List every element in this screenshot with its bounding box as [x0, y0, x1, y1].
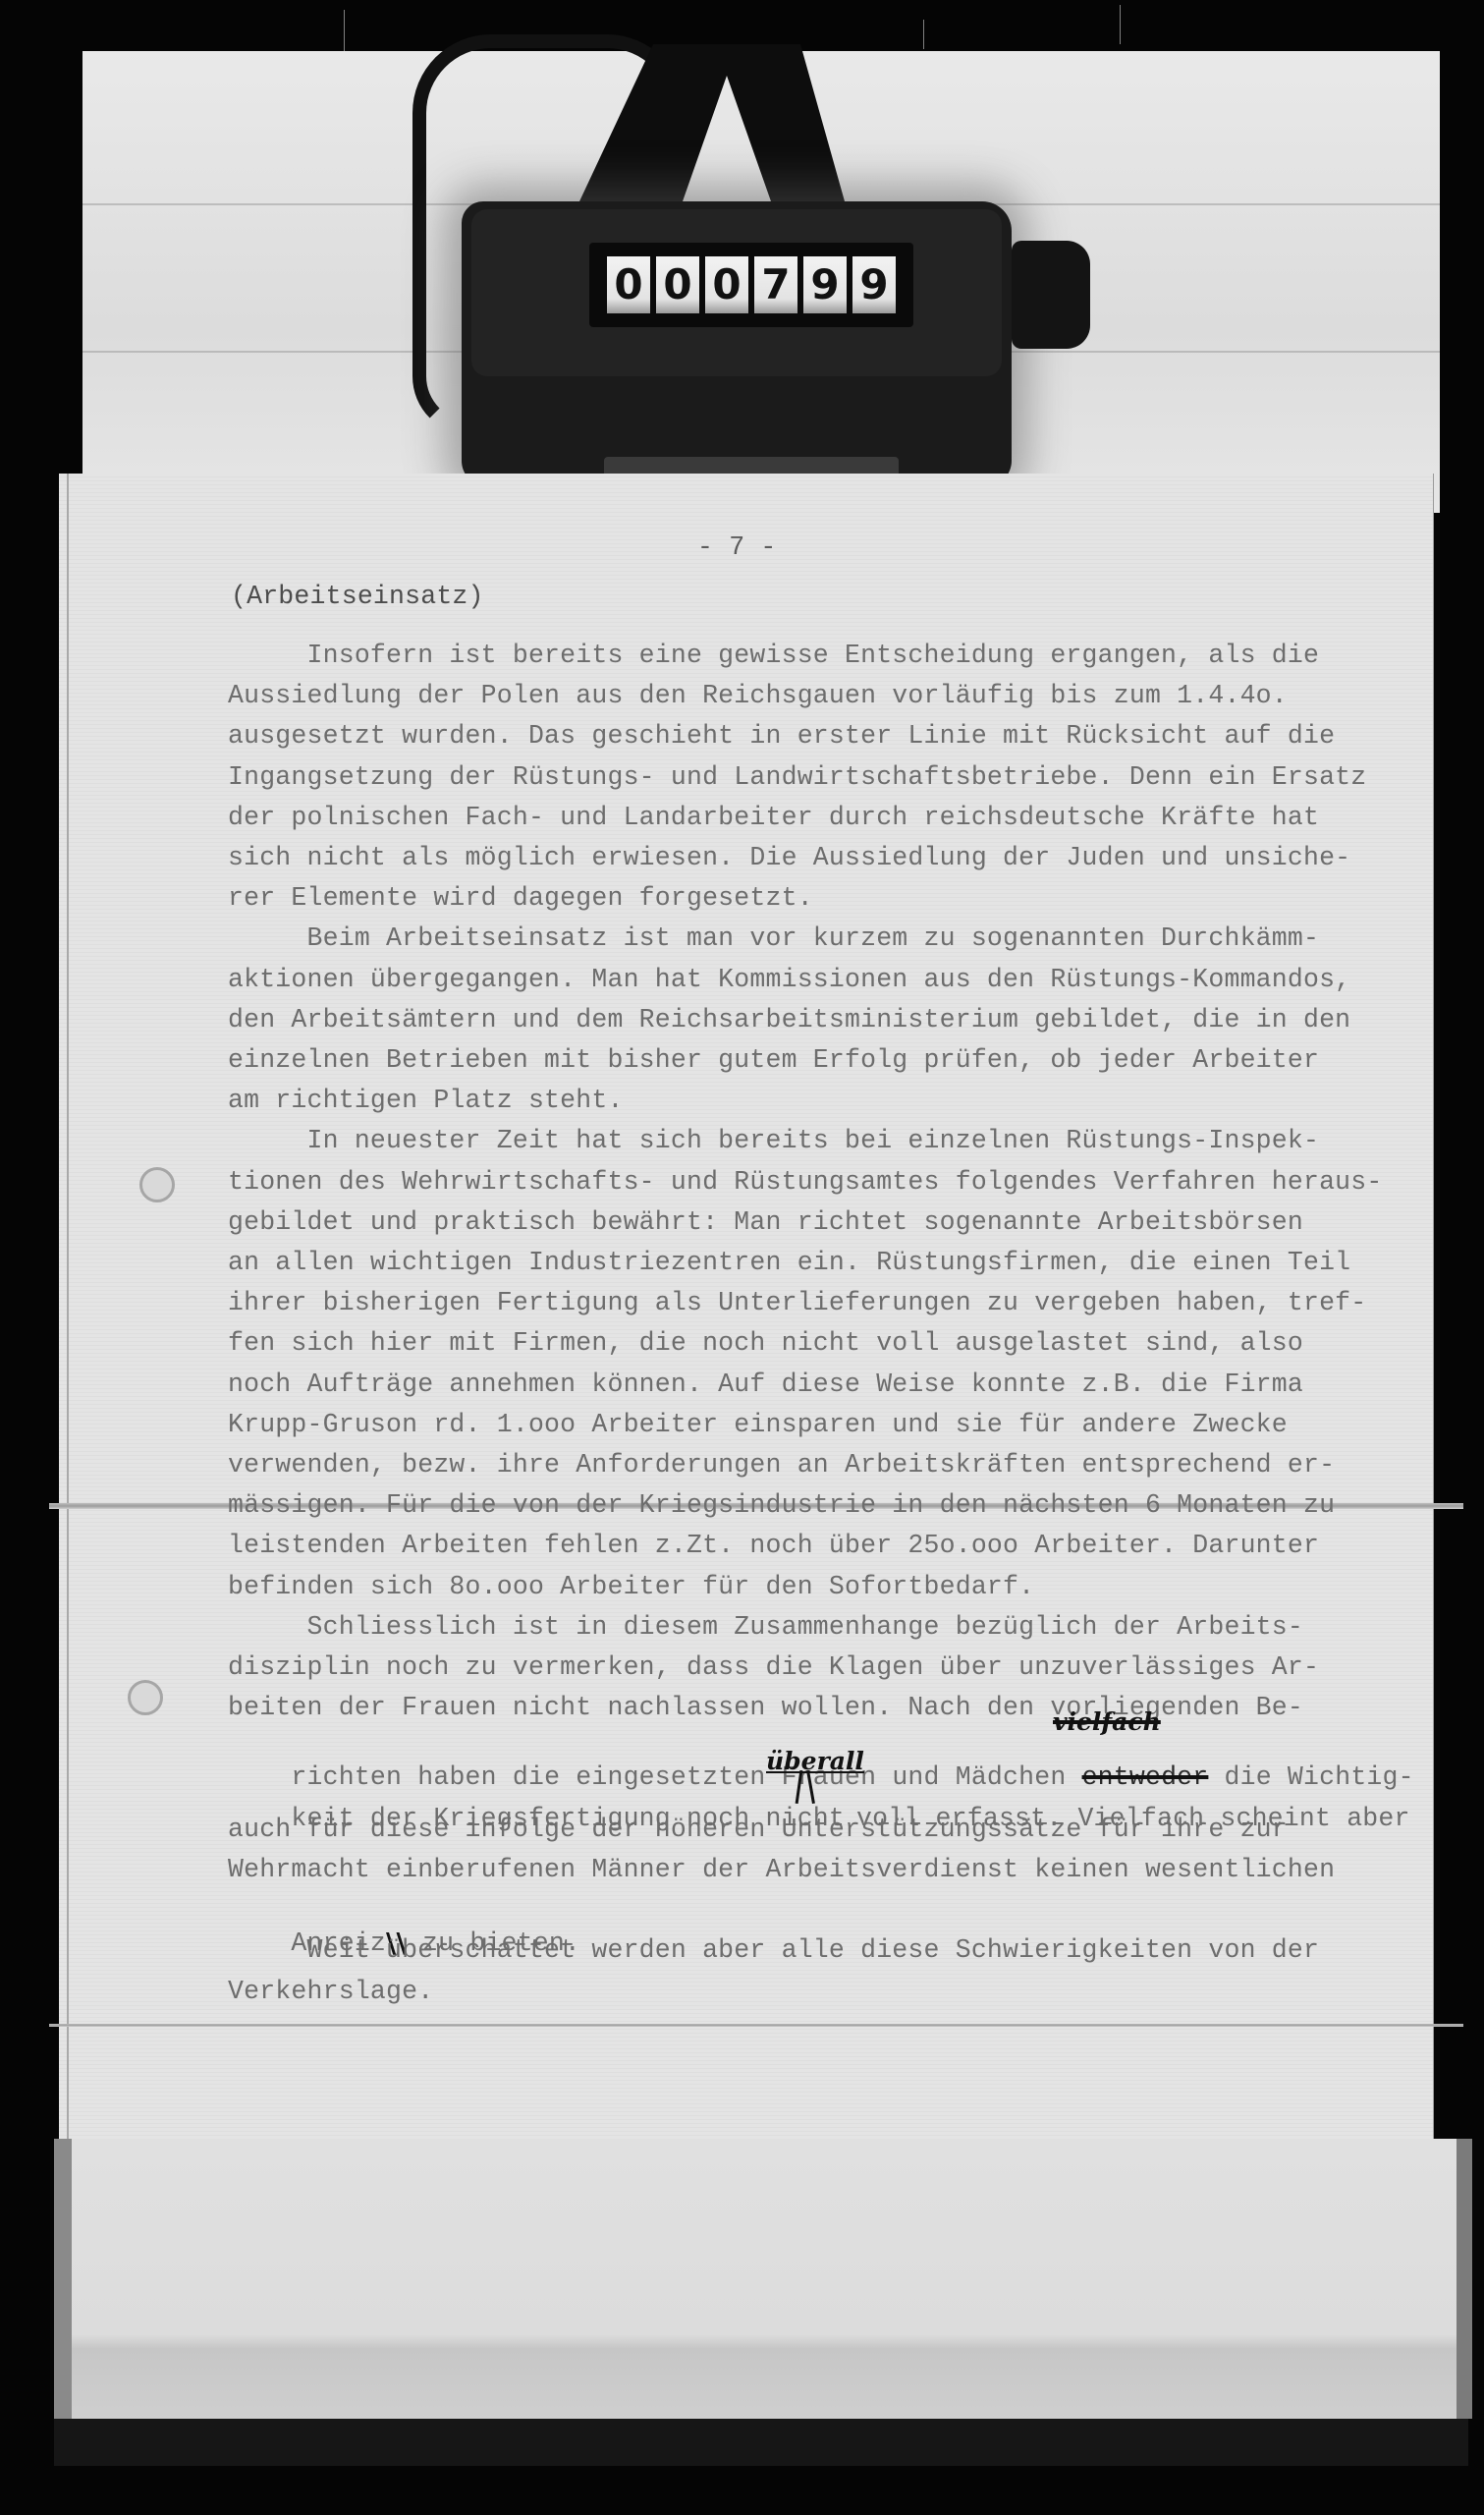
film-border — [54, 2419, 1468, 2466]
body-line: verwenden, bezw. ihre Anforderungen an A… — [228, 1450, 1335, 1480]
body-line: sich nicht als möglich erwiesen. Die Aus… — [228, 843, 1350, 872]
film-scratch — [923, 20, 924, 49]
page-fold — [49, 2024, 1463, 2027]
body-line: einzelnen Betrieben mit bisher gutem Erf… — [228, 1045, 1319, 1075]
handwritten-insertion: überall — [766, 1747, 864, 1775]
body-line: Schliesslich ist in diesem Zusammenhange… — [228, 1612, 1303, 1642]
body-line: den Arbeitsämtern und dem Reichsarbeitsm… — [228, 1005, 1350, 1034]
body-line: Wehrmacht einberufenen Männer der Arbeit… — [228, 1855, 1335, 1884]
redacted-area — [54, 2139, 1472, 2419]
counter-digit: 7 — [754, 256, 797, 313]
body-line: ihrer bisherigen Fertigung als Unterlief… — [228, 1288, 1366, 1317]
counter-digit: 9 — [852, 256, 896, 313]
body-line: der polnischen Fach- und Landarbeiter du… — [228, 803, 1319, 832]
section-heading: (Arbeitseinsatz) — [231, 582, 484, 611]
body-line: gebildet und praktisch bewährt: Man rich… — [228, 1207, 1303, 1237]
frame-counter-device: 0 0 0 7 9 9 — [462, 133, 1041, 486]
punch-hole — [139, 1167, 175, 1202]
body-line: mässigen. Für die von der Kriegsindustri… — [228, 1490, 1335, 1520]
body-line: Krupp-Gruson rd. 1.ooo Arbeiter einspare… — [228, 1410, 1288, 1439]
counter-digit: 0 — [705, 256, 748, 313]
film-scratch — [1120, 5, 1121, 44]
body-line: Ingangsetzung der Rüstungs- und Landwirt… — [228, 762, 1366, 792]
counter-digit: 0 — [656, 256, 699, 313]
body-line: befinden sich 8o.ooo Arbeiter für den So… — [228, 1572, 1034, 1601]
body-line: Aussiedlung der Polen aus den Reichsgaue… — [228, 681, 1288, 710]
document-page: - 7 - (Arbeitseinsatz) Insofern ist bere… — [59, 474, 1434, 2144]
punch-hole — [128, 1680, 163, 1715]
handwritten-struck-insertion: vielfach — [1053, 1707, 1161, 1736]
body-line: am richtigen Platz steht. — [228, 1086, 624, 1115]
body-line: Verkehrslage. — [228, 1977, 433, 2006]
body-line: In neuester Zeit hat sich bereits bei ei… — [228, 1126, 1319, 1155]
body-line: Weit überschattet werden aber alle diese… — [228, 1935, 1319, 1965]
body-line: an allen wichtigen Industriezentren ein.… — [228, 1248, 1350, 1277]
page-edge-line — [67, 474, 69, 2144]
body-line: ausgesetzt wurden. Das geschieht in erst… — [228, 721, 1335, 751]
body-line: rer Elemente wird dagegen forgesetzt. — [228, 883, 813, 913]
counter-reset-knob — [1012, 241, 1090, 349]
body-line: Beim Arbeitseinsatz ist man vor kurzem z… — [228, 923, 1319, 953]
body-line: aktionen übergegangen. Man hat Kommissio… — [228, 965, 1350, 994]
body-line: noch Aufträge annehmen können. Auf diese… — [228, 1369, 1303, 1399]
body-line: auch für diese infolge der höheren Unter… — [228, 1815, 1288, 1844]
body-line: tionen des Wehrwirtschafts- und Rüstungs… — [228, 1167, 1383, 1197]
body-line: Insofern ist bereits eine gewisse Entsch… — [228, 641, 1319, 670]
counter-digit: 9 — [803, 256, 847, 313]
body-line: fen sich hier mit Firmen, die noch nicht… — [228, 1328, 1303, 1358]
page-number: - 7 - — [697, 532, 777, 562]
counter-display: 0 0 0 7 9 9 — [589, 243, 913, 327]
body-line: leistenden Arbeiten fehlen z.Zt. noch üb… — [228, 1531, 1319, 1560]
body-line: disziplin noch zu vermerken, dass die Kl… — [228, 1652, 1319, 1682]
counter-digit: 0 — [607, 256, 650, 313]
